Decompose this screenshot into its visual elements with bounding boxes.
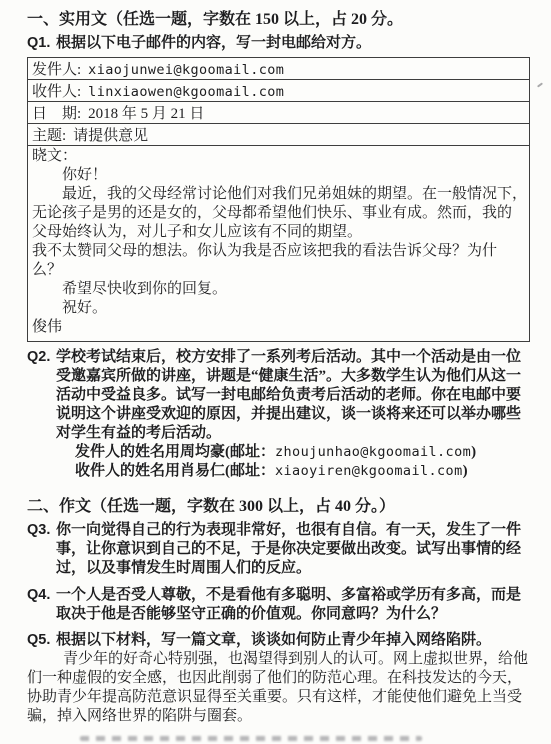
email-subject-label: 主题:	[32, 128, 66, 144]
q3-text-line: 过，以及事情发生时周围人们的反应。	[56, 559, 530, 578]
q4-text-line: 取决于他是否能够坚守正确的价值观。你同意吗？为什么？	[56, 605, 530, 624]
q2-text-line: 说明这个讲座受欢迎的原因，并提出建议，谈一谈将来还可以举办哪些	[56, 405, 530, 424]
email-body-line: 么？	[32, 261, 525, 280]
q5-number: Q5.	[27, 631, 50, 650]
email-subject-row: 主题:请提供意见	[28, 124, 530, 146]
email-body-line: 父母始终认为，对儿子和女儿应该有不同的期望。	[32, 223, 525, 242]
q2-number: Q2.	[27, 348, 50, 367]
email-date-label: 日 期:	[32, 106, 81, 122]
q2-recipient-note: 收件人的姓名用肖易仁(邮址：xiaoyiren@kgoomail.com)	[75, 462, 530, 481]
q2-text-line: 对学生有益的考后活动。	[56, 424, 530, 443]
q2-sender-note-suffix: )	[471, 444, 476, 460]
email-body-line: 最近，我的父母经常讨论他们对我们兄弟姐妹的期望。在一般情况下，	[32, 185, 525, 204]
email-date-value: 2018 年 5 月 21 日	[88, 106, 204, 122]
q2-text-line: 受邀嘉宾所做的讲座，讲题是“健康生活”。大多数学生认为他们从这一	[56, 367, 530, 386]
email-subject-value: 请提供意见	[73, 128, 148, 144]
email-from-value: xiaojunwei@kgoomail.com	[88, 62, 284, 78]
question-q3: Q3. 你一向觉得自己的行为表现非常好，也很有自信。有一天，发生了一件 事，让你…	[27, 521, 530, 578]
scan-artifact-bottom	[80, 736, 422, 741]
q5-material-line: 骗，掉入网络世界的陷阱与圈套。	[27, 707, 530, 726]
email-to-label: 收件人:	[32, 84, 81, 100]
q3-text-line: 你一向觉得自己的行为表现非常好，也很有自信。有一天，发生了一件	[56, 521, 530, 540]
q2-sender-email: zhoujunhao@kgoomail.com	[275, 444, 471, 460]
email-table: 发件人:xiaojunwei@kgoomail.com 收件人:linxiaow…	[27, 57, 530, 342]
scan-artifact-speck-right	[537, 82, 543, 87]
email-body-line: 希望尽快收到你的回复。	[32, 280, 525, 299]
email-to-value: linxiaowen@kgoomail.com	[88, 84, 284, 100]
section1-title: 一、实用文（任选一题，字数在 150 以上，占 20 分。	[27, 8, 530, 32]
question-q5: Q5. 根据以下材料，写一篇文章，谈谈如何防止青少年掉入网络陷阱。 青少年的好奇…	[27, 631, 530, 726]
q3-number: Q3.	[27, 521, 50, 540]
q4-text-line: 一个人是否受人尊敬，不是看他有多聪明、多富裕或学历有多高，而是	[56, 586, 530, 605]
email-body-row: 晓文： 你好！ 最近，我的父母经常讨论他们对我们兄弟姐妹的期望。在一般情况下， …	[28, 146, 530, 342]
email-to-row: 收件人:linxiaowen@kgoomail.com	[28, 80, 530, 102]
q2-recipient-note-prefix: 收件人的姓名用肖易仁(邮址：	[75, 463, 275, 479]
q5-material-line: 青少年的好奇心特别强，也渴望得到别人的认可。网上虚拟世界，给他	[27, 650, 530, 669]
q3-text-line: 事，让你意识到自己的不足，于是你决定要做出改变。试写出事情的经	[56, 540, 530, 559]
email-body-line: 你好！	[32, 166, 525, 185]
q1-number: Q1.	[27, 34, 50, 53]
q4-number: Q4.	[27, 586, 50, 605]
q2-recipient-email: xiaoyiren@kgoomail.com	[275, 463, 463, 479]
email-body-line: 无论孩子是男的还是女的，父母都希望他们快乐、事业有成。然而，我的	[32, 204, 525, 223]
email-body-line: 我不太赞同父母的想法。你认为我是否应该把我的看法告诉父母？为什	[32, 242, 525, 261]
q5-material-line: 们一种虚假的安全感，也因此削弱了他们的防范心理。在科技发达的今天，	[27, 669, 530, 688]
q2-text-line: 学校考试结束后，校方安排了一系列考后活动。其中一个活动是由一位	[56, 348, 530, 367]
question-q1: Q1. 根据以下电子邮件的内容，写一封电邮给对方。	[27, 34, 530, 53]
email-date-row: 日 期:2018 年 5 月 21 日	[28, 102, 530, 124]
email-body-line: 祝好。	[32, 299, 525, 318]
q2-recipient-note-suffix: )	[463, 463, 468, 479]
q5-material-line: 协助青少年提高防范意识显得至关重要。只有这样，才能使他们避免上当受	[27, 688, 530, 707]
q2-sender-note-prefix: 发件人的姓名用周均豪(邮址：	[75, 444, 275, 460]
exam-document-page: 一、实用文（任选一题，字数在 150 以上，占 20 分。 Q1. 根据以下电子…	[0, 0, 551, 744]
question-q4: Q4. 一个人是否受人尊敬，不是看他有多聪明、多富裕或学历有多高，而是 取决于他…	[27, 586, 530, 624]
email-body-line: 俊伟	[32, 318, 525, 337]
email-from-row: 发件人:xiaojunwei@kgoomail.com	[28, 58, 530, 80]
email-body-line: 晓文：	[32, 147, 525, 166]
question-q2: Q2. 学校考试结束后，校方安排了一系列考后活动。其中一个活动是由一位 受邀嘉宾…	[27, 348, 530, 481]
q5-material-paragraph: 青少年的好奇心特别强，也渴望得到别人的认可。网上虚拟世界，给他 们一种虚假的安全…	[27, 650, 530, 726]
q2-sender-note: 发件人的姓名用周均豪(邮址：zhoujunhao@kgoomail.com)	[75, 443, 530, 462]
q5-lead-line: 根据以下材料，写一篇文章，谈谈如何防止青少年掉入网络陷阱。	[56, 631, 530, 650]
q1-text: 根据以下电子邮件的内容，写一封电邮给对方。	[56, 34, 530, 53]
section2-title: 二、作文（任选一题，字数在 300 以上，占 40 分。）	[27, 495, 530, 519]
q2-text-line: 活动中受益良多。试写一封电邮给负责考后活动的老师。你在电邮中要	[56, 386, 530, 405]
email-from-label: 发件人:	[32, 62, 81, 78]
scan-artifact-speck-top	[382, 17, 386, 19]
